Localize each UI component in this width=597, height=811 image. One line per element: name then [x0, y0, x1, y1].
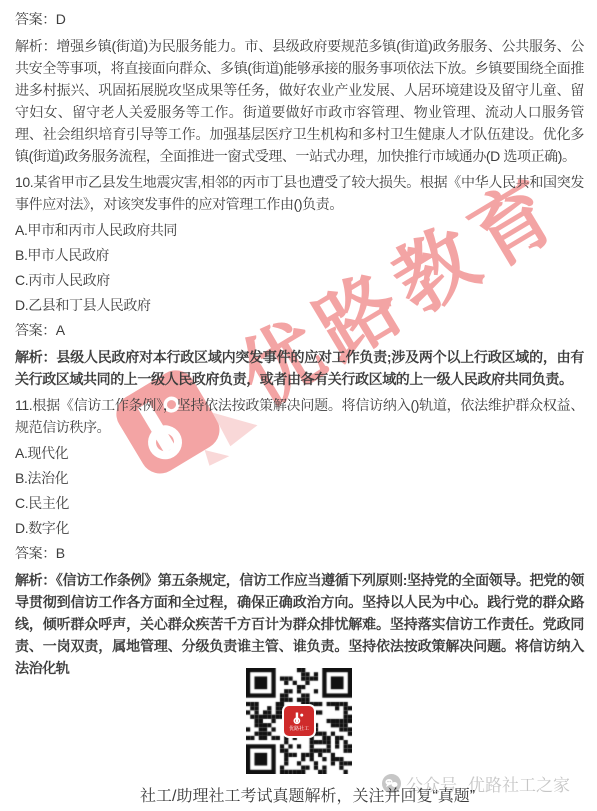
analysis-q10: 解析：县级人民政府对本行政区域内突发事件的应对工作负责;涉及两个以上行政区域的，…: [15, 346, 584, 390]
analysis-q9: 解析：增强乡镇(街道)为民服务能力。市、县级政府要规范多镇(街道)政务服务、公共…: [15, 35, 584, 167]
answer-line-q10: 答案：A: [15, 319, 584, 341]
option-q10-c: C.丙市人民政府: [15, 269, 584, 291]
document-page: 优路教育 答案：D 解析：增强乡镇(街道)为民服务能力。市、县级政府要规范多镇(…: [0, 0, 597, 811]
option-q10-d: D.乙县和丁县人民政府: [15, 294, 584, 316]
option-q10-a: A.甲市和丙市人民政府共同: [15, 219, 584, 241]
option-q11-b: B.法治化: [15, 467, 584, 489]
qr-logo-glyph-icon: [292, 711, 307, 726]
option-q10-b: B.甲市人民政府: [15, 244, 584, 266]
document-body: 答案：D 解析：增强乡镇(街道)为民服务能力。市、县级政府要规范多镇(街道)政务…: [15, 6, 584, 683]
analysis-q11: 解析：《信访工作条例》第五条规定，信访工作应当遵循下列原则:坚持党的全面领导。把…: [15, 569, 584, 679]
footer-caption: 社工/助理社工考试真题解析，关注并回复“真题”: [140, 783, 475, 806]
answer-line-q11: 答案：B: [15, 542, 584, 564]
option-q11-c: C.民主化: [15, 492, 584, 514]
question-q10: 10.某省甲市乙县发生地震灾害,相邻的丙市丁县也遭受了较大损失。根据《中华人民共…: [15, 171, 584, 215]
answer-line-q9: 答案：D: [15, 8, 584, 30]
qr-center-logo: 优路社工: [282, 704, 316, 738]
option-q11-a: A.现代化: [15, 442, 584, 464]
question-q11: 11.根据《信访工作条例》，坚持依法按政策解决问题。将信访纳入()轨道，依法维护…: [15, 394, 584, 438]
option-q11-d: D.数字化: [15, 517, 584, 539]
qr-code: 优路社工: [246, 668, 352, 774]
qr-logo-text: 优路社工: [289, 726, 309, 732]
account-name: 优路社工之家: [468, 771, 570, 796]
